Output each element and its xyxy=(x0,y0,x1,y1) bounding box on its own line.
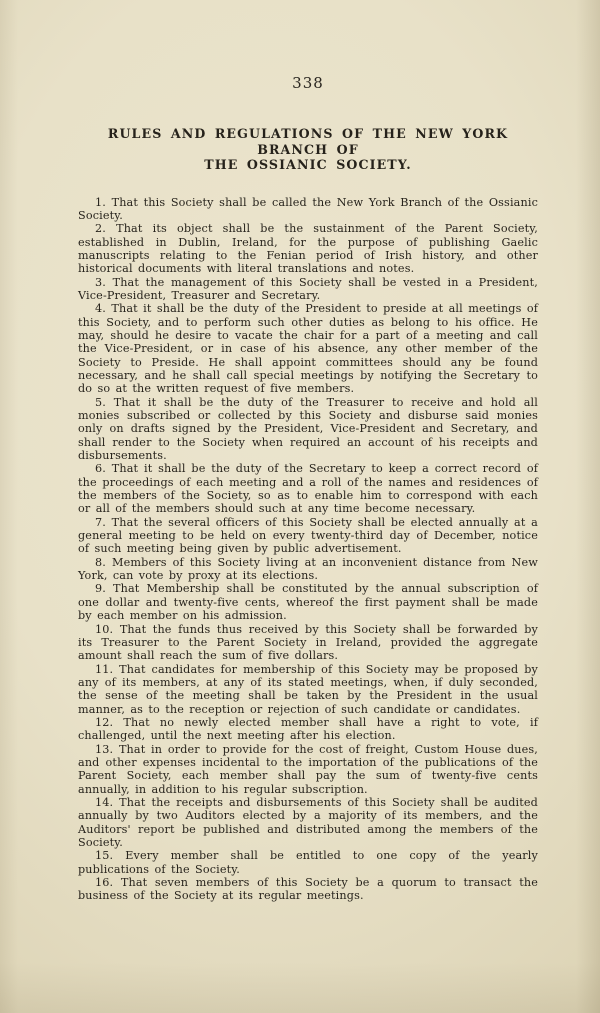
rule-item-10: 10. That the funds thus received by this… xyxy=(78,623,538,663)
rule-text: That this Society shall be called the Ne… xyxy=(78,196,538,222)
rule-text: That candidates for membership of this S… xyxy=(78,663,538,716)
rule-number: 8. xyxy=(95,556,106,569)
rule-item-7: 7. That the several officers of this Soc… xyxy=(78,516,538,556)
rule-item-3: 3. That the management of this Society s… xyxy=(78,276,538,303)
title-line-2: THE OSSIANIC SOCIETY. xyxy=(204,157,411,172)
rule-number: 14. xyxy=(95,796,113,809)
scanned-book-page: { "page": { "page_number": "338", "title… xyxy=(0,0,600,1013)
rule-number: 13. xyxy=(95,743,113,756)
title-line-1: RULES AND REGULATIONS OF THE NEW YORK BR… xyxy=(108,126,508,157)
page-number: 338 xyxy=(78,74,538,92)
rule-number: 11. xyxy=(95,663,113,676)
rule-number: 7. xyxy=(95,516,106,529)
rules-list: 1. That this Society shall be called the… xyxy=(78,196,538,903)
rule-text: That the management of this Society shal… xyxy=(78,276,538,302)
rule-text: That the funds thus received by this Soc… xyxy=(78,623,538,663)
rule-item-15: 15. Every member shall be entitled to on… xyxy=(78,849,538,876)
rule-item-1: 1. That this Society shall be called the… xyxy=(78,196,538,223)
rule-item-11: 11. That candidates for membership of th… xyxy=(78,663,538,716)
rule-item-13: 13. That in order to provide for the cos… xyxy=(78,743,538,796)
rule-text: That it shall be the duty of the Preside… xyxy=(78,302,538,395)
rule-text: That its object shall be the sustainment… xyxy=(78,222,538,275)
rule-number: 6. xyxy=(95,462,106,475)
rule-number: 4. xyxy=(95,302,106,315)
rule-number: 16. xyxy=(95,876,113,889)
rule-item-9: 9. That Membership shall be constituted … xyxy=(78,582,538,622)
rule-item-6: 6. That it shall be the duty of the Secr… xyxy=(78,462,538,515)
rule-item-5: 5. That it shall be the duty of the Trea… xyxy=(78,396,538,463)
rule-text: That the receipts and disbursements of t… xyxy=(78,796,538,849)
rule-item-4: 4. That it shall be the duty of the Pres… xyxy=(78,302,538,395)
rule-item-16: 16. That seven members of this Society b… xyxy=(78,876,538,903)
rule-number: 15. xyxy=(95,849,113,862)
rule-number: 9. xyxy=(95,582,106,595)
book-page: 338 RULES AND REGULATIONS OF THE NEW YOR… xyxy=(0,0,600,1013)
rule-item-2: 2. That its object shall be the sustainm… xyxy=(78,222,538,275)
rule-item-14: 14. That the receipts and disbursements … xyxy=(78,796,538,849)
document-title: RULES AND REGULATIONS OF THE NEW YORK BR… xyxy=(78,126,538,173)
rule-text: That it shall be the duty of the Treasur… xyxy=(78,396,538,462)
rule-number: 3. xyxy=(95,276,106,289)
rule-number: 10. xyxy=(95,623,113,636)
rule-item-8: 8. Members of this Society living at an … xyxy=(78,556,538,583)
rule-text: Every member shall be entitled to one co… xyxy=(78,849,538,875)
rule-number: 2. xyxy=(95,222,106,235)
rule-text: That the several officers of this Societ… xyxy=(78,516,538,556)
rule-text: That in order to provide for the cost of… xyxy=(78,743,538,796)
text-block: 338 RULES AND REGULATIONS OF THE NEW YOR… xyxy=(78,74,538,903)
rule-text: That Membership shall be constituted by … xyxy=(78,582,538,622)
rule-text: That it shall be the duty of the Secreta… xyxy=(78,462,538,515)
rule-item-12: 12. That no newly elected member shall h… xyxy=(78,716,538,743)
rule-text: Members of this Society living at an inc… xyxy=(78,556,538,582)
rule-number: 5. xyxy=(95,396,106,409)
rule-text: That seven members of this Society be a … xyxy=(78,876,538,902)
rule-number: 12. xyxy=(95,716,113,729)
rule-text: That no newly elected member shall have … xyxy=(78,716,538,742)
rule-number: 1. xyxy=(95,196,106,209)
